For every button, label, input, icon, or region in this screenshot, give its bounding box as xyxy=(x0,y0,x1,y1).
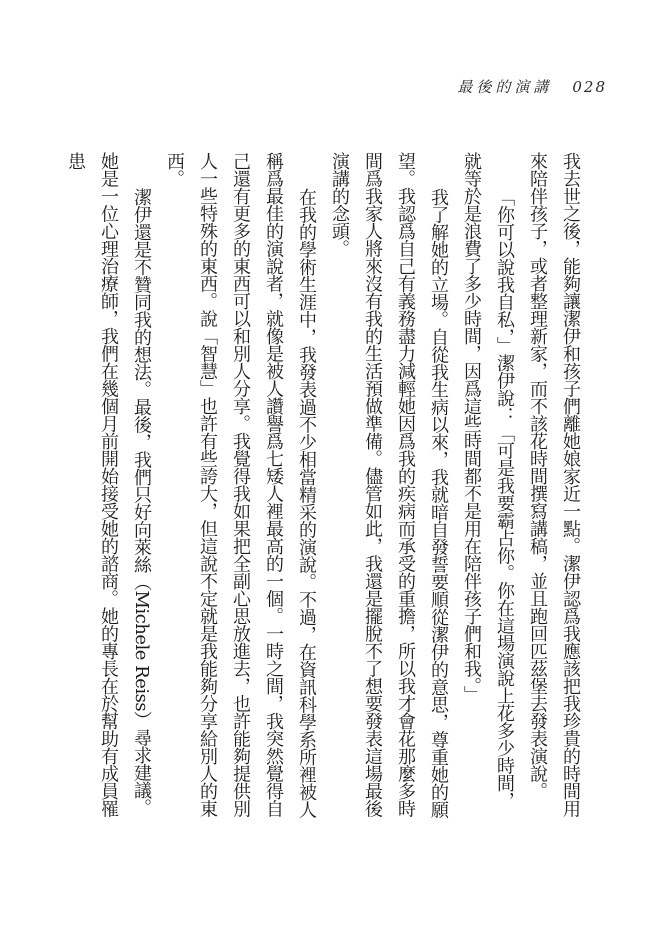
paragraph: 我去世之後，能夠讓潔伊和孩子們離她娘家近一點。潔伊認爲我應該把我珍貴的時間用來陪… xyxy=(521,152,587,822)
text-block: 我去世之後，能夠讓潔伊和孩子們離她娘家近一點。潔伊認爲我應該把我珍貴的時間用來陪… xyxy=(85,152,587,822)
page-number: 028 xyxy=(572,78,607,96)
paragraph: 我了解她的立場。自從我生病以來，我就暗自發誓要順從潔伊的意思，尊重她的願望。我認… xyxy=(323,152,455,822)
book-page: 最後的演講 028 我去世之後，能夠讓潔伊和孩子們離她娘家近一點。潔伊認爲我應該… xyxy=(0,0,663,932)
paragraph: 「你可以說我自私，」潔伊說：「可是我要霸占你。你在這場演說上花多少時間，就等於是… xyxy=(455,152,521,822)
paragraph: 在我的學術生涯中，我發表過不少相當精采的演說。不過，在資訊科學系所裡被人稱爲最佳… xyxy=(158,152,323,822)
book-title: 最後的演講 xyxy=(457,76,552,97)
paragraph: 潔伊還是不贊同我的想法。最後，我們只好向萊絲（Michele Reiss）尋求建… xyxy=(59,152,158,822)
running-head: 最後的演講 028 xyxy=(457,76,607,97)
